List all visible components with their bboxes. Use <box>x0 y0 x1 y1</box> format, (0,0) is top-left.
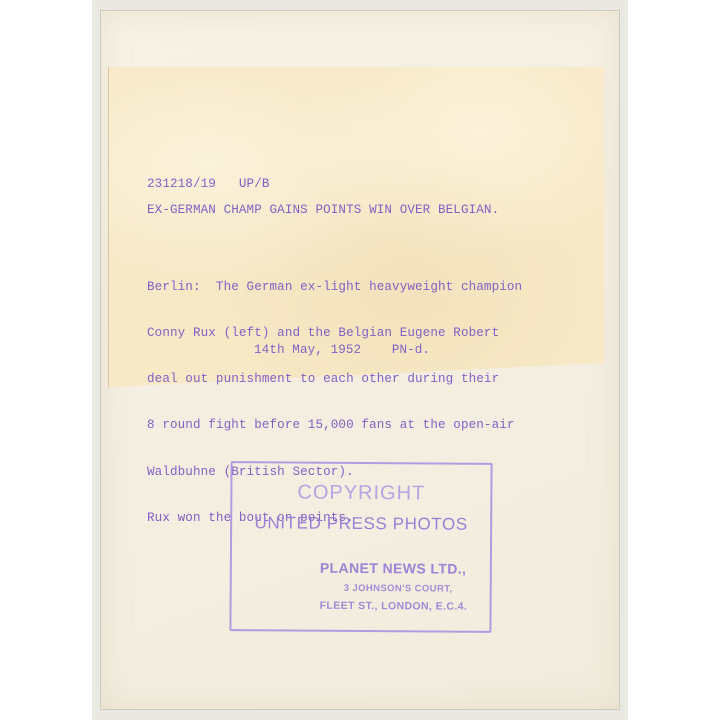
copyright-stamp: COPYRIGHT UNITED PRESS PHOTOS PLANET NEW… <box>229 461 492 633</box>
caption-line: deal out punishment to each other during… <box>147 372 522 387</box>
caption-line: Conny Rux (left) and the Belgian Eugene … <box>147 326 522 341</box>
stamp-agency: UNITED PRESS PHOTOS <box>232 513 490 535</box>
stamp-company: PLANET NEWS LTD., <box>320 560 467 577</box>
stamp-address-2: FLEET ST., LONDON, E.C.4. <box>320 600 468 613</box>
dateline: 14th May, 1952 PN-d. <box>254 343 430 358</box>
reference-number: 231218/19 UP/B <box>147 177 270 192</box>
stamp-address-1: 3 JOHNSON'S COURT, <box>344 583 453 595</box>
caption-line: 8 round fight before 15,000 fans at the … <box>147 418 522 433</box>
caption-line: Berlin: The German ex-light heavyweight … <box>147 280 522 295</box>
stamp-copyright: COPYRIGHT <box>232 481 490 506</box>
headline: EX-GERMAN CHAMP GAINS POINTS WIN OVER BE… <box>147 203 499 218</box>
